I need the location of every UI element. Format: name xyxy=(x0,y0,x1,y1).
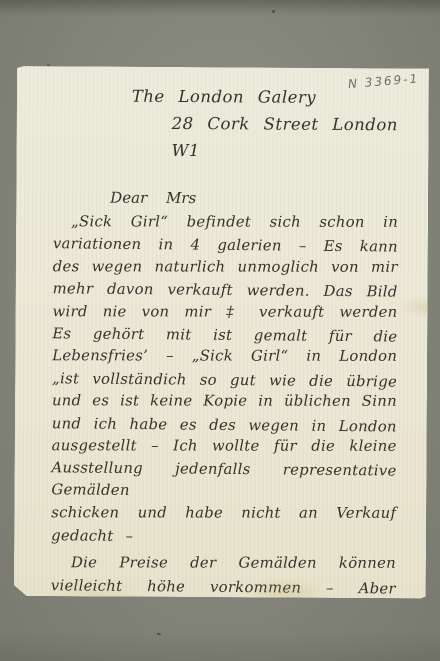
backdrop-speck xyxy=(272,10,275,13)
backdrop-speck xyxy=(157,632,161,636)
handwritten-line: schicken und habe nicht an Verkauf xyxy=(51,502,396,525)
handwritten-line: „Sick Girl“ befindet sich schon in xyxy=(53,211,398,234)
handwritten-line: ausgestellt – Ich wollte für die kleine xyxy=(52,435,397,458)
gallery-address: 28 Cork Street London W1 xyxy=(171,110,428,166)
handwritten-line: mehr davon verkauft werden. Das Bild xyxy=(53,278,398,304)
handwritten-line: Die Preise der Gemälden können xyxy=(51,552,396,575)
letter-paper: N 3369-1 The London Galery 28 Cork Stree… xyxy=(14,66,429,599)
handwritten-line: gedacht – xyxy=(51,525,396,551)
handwritten-line: Ausstellung jedenfalls representative Ge… xyxy=(51,458,396,506)
handwritten-line: wird nie von mir ‡ verkauft werden xyxy=(52,301,397,324)
handwritten-line: Lebensfries’ – „Sick Girl“ in London xyxy=(52,346,397,369)
paragraph-2: Die Preise der Gemälden könnenvielleicht… xyxy=(51,552,396,621)
backdrop-speck xyxy=(47,64,50,66)
salutation: Dear Mrs xyxy=(110,188,428,210)
handwritten-line: des wegen naturlich unmoglich von mir xyxy=(53,256,398,279)
paragraph-1: „Sick Girl“ befindet sich schon invariat… xyxy=(51,211,398,549)
photo-background: N 3369-1 The London Galery 28 Cork Stree… xyxy=(0,0,440,661)
screenshot-root: { "annotation": "N 3369-1", "letter": { … xyxy=(0,0,440,661)
handwritten-line: es sind Gemälden welche schon xyxy=(51,597,396,620)
handwritten-line: und es ist keine Kopie in üblichen Sinn xyxy=(52,390,397,413)
